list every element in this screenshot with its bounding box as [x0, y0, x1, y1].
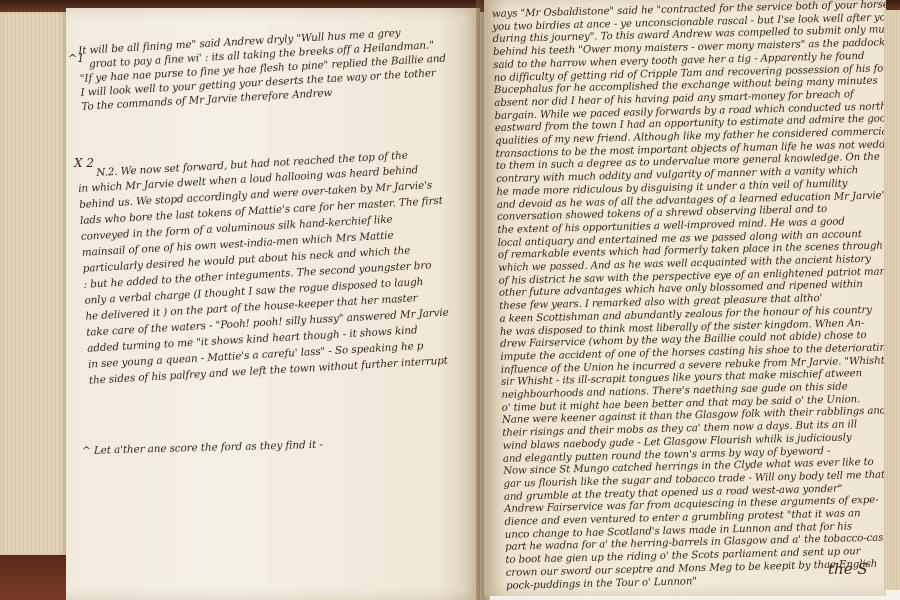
insertion-mark: X 2: [74, 156, 94, 170]
insertion-mark: ^1: [68, 52, 84, 65]
manuscript-photo: It will be all fining me" said Andrew dr…: [0, 0, 900, 600]
binding-corner: [0, 555, 70, 600]
left-page-edges: [0, 10, 68, 558]
footnote-text: ^ Let a'ther ane score the ford as they …: [82, 440, 323, 457]
right-page-edges: [884, 10, 900, 590]
right-page: ways "Mr Osbaldistone" said he "contract…: [484, 0, 886, 596]
text-line: pock-puddings in the Tour o' Lunnon": [506, 577, 697, 592]
signature-mark: the S: [828, 560, 868, 578]
left-page: It will be all fining me" said Andrew dr…: [66, 8, 480, 600]
